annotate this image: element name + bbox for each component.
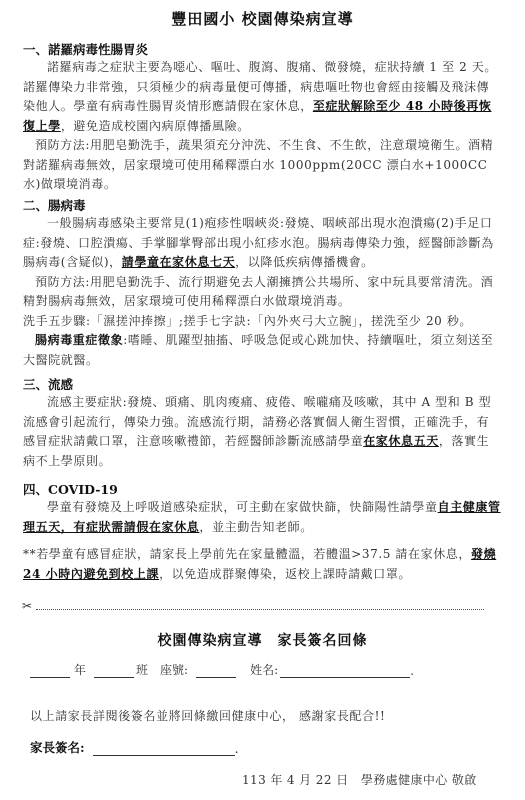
signature-label: 家長簽名:	[30, 738, 85, 756]
emphasis-text: 在家休息五天	[363, 434, 439, 448]
norovirus-paragraph: 諾羅病毒之症狀主要為噁心、嘔吐、腹瀉、腹痛、微發燒，症狀持續 1 至 2 天。諾…	[23, 58, 501, 136]
norovirus-prevention: 預防方法:用肥皂勤洗手，蔬果須充分沖洗、不生食、不生飲，注意環境衛生。酒精對諾羅…	[23, 136, 501, 195]
severe-signs: 腸病毒重症徵象:嗜睡、肌躍型抽搐、呼吸急促或心跳加快、持續嘔吐，須立刻送至大醫院…	[23, 331, 501, 370]
signature-row: 家長簽名: .	[30, 738, 239, 756]
student-info-row: 年 班 座號: 姓名: .	[30, 661, 414, 678]
section-body-enterovirus: 一般腸病毒感染主要常見(1)疱疹性咽峽炎:發燒、咽峽部出現水泡潰瘍(2)手足口症…	[23, 214, 501, 370]
class-field[interactable]	[94, 663, 134, 678]
grade-label: 年	[74, 661, 86, 678]
class-label: 班	[136, 661, 148, 678]
reply-slip-title: 校園傳染病宣導 家長簽名回條	[0, 630, 525, 650]
cut-line: ✂	[22, 603, 484, 615]
section-body-norovirus: 諾羅病毒之症狀主要為噁心、嘔吐、腹瀉、腹痛、微發燒，症狀持續 1 至 2 天。諾…	[23, 58, 501, 195]
section-heading-covid: 四、COVID-19	[23, 480, 118, 498]
section-heading-norovirus: 一、諾羅病毒性腸胃炎	[23, 40, 148, 58]
section-body-covid: 學童有發燒及上呼吸道感染症狀，可主動在家做快篩，快篩陽性請學童自主健康管理五天，…	[23, 498, 501, 537]
fever-note: **若學童有感冒症狀，請家長上學前先在家量體溫，若體溫>37.5 請在家休息，發…	[23, 545, 501, 584]
scissors-icon: ✂	[22, 599, 32, 613]
end-mark: .	[235, 741, 239, 756]
severe-signs-label: 腸病毒重症徵象	[35, 333, 123, 347]
text: ，以免造成群聚傳染，返校上課時請戴口罩。	[159, 567, 411, 581]
dotted-divider	[36, 609, 484, 610]
end-mark: .	[410, 664, 414, 678]
footer-date-signoff: 113 年 4 月 22 日 學務處健康中心 敬啟	[242, 771, 477, 788]
handwashing-steps: 洗手五步驟:「濕搓沖捧擦」;搓手七字訣:「內外夾弓大立腕」，搓洗至少 20 秒。	[23, 312, 501, 332]
covid-paragraph: 學童有發燒及上呼吸道感染症狀，可主動在家做快篩，快篩陽性請學童自主健康管理五天，…	[23, 498, 501, 537]
emphasis-text: 請學童在家休息七天	[122, 255, 235, 269]
influenza-paragraph: 流感主要症狀:發燒、頭痛、肌肉痠痛、疲倦、喉嚨痛及咳嗽，其中 A 型和 B 型流…	[23, 393, 501, 471]
text: **若學童有感冒症狀，請家長上學前先在家量體溫，若體溫>37.5 請在家休息，	[23, 547, 471, 561]
student-name-field[interactable]	[280, 663, 410, 678]
text: ，並主動告知老師。	[199, 520, 312, 534]
return-notice: 以上請家長詳閱後簽名並將回條繳回健康中心， 感謝家長配合!!	[30, 707, 385, 724]
section-body-influenza: 流感主要症狀:發燒、頭痛、肌肉痠痛、疲倦、喉嚨痛及咳嗽，其中 A 型和 B 型流…	[23, 393, 501, 471]
section-heading-enterovirus: 二、腸病毒	[23, 196, 86, 214]
document-title: 豐田國小 校園傳染病宣導	[0, 8, 525, 29]
enterovirus-paragraph: 一般腸病毒感染主要常見(1)疱疹性咽峽炎:發燒、咽峽部出現水泡潰瘍(2)手足口症…	[23, 214, 501, 273]
grade-field[interactable]	[30, 663, 70, 678]
text: 學童有發燒及上呼吸道感染症狀，可主動在家做快篩，快篩陽性請學童	[47, 500, 438, 514]
enterovirus-prevention: 預防方法:用肥皂勤洗手、流行期避免去人潮擁擠公共場所、家中玩具要常清洗。酒精對腸…	[23, 273, 501, 312]
section-heading-influenza: 三、流感	[23, 375, 73, 393]
fever-note-paragraph: **若學童有感冒症狀，請家長上學前先在家量體溫，若體溫>37.5 請在家休息，發…	[23, 545, 501, 584]
seat-label: 座號:	[160, 661, 188, 678]
text: ，避免造成校園內病原傳播風險。	[61, 119, 250, 133]
seat-number-field[interactable]	[196, 663, 236, 678]
parent-signature-field[interactable]	[93, 741, 235, 756]
document-page: 豐田國小 校園傳染病宣導 一、諾羅病毒性腸胃炎 諾羅病毒之症狀主要為噁心、嘔吐、…	[0, 0, 525, 800]
name-label: 姓名:	[250, 661, 278, 678]
text: ，以降低疾病傳播機會。	[235, 255, 374, 269]
